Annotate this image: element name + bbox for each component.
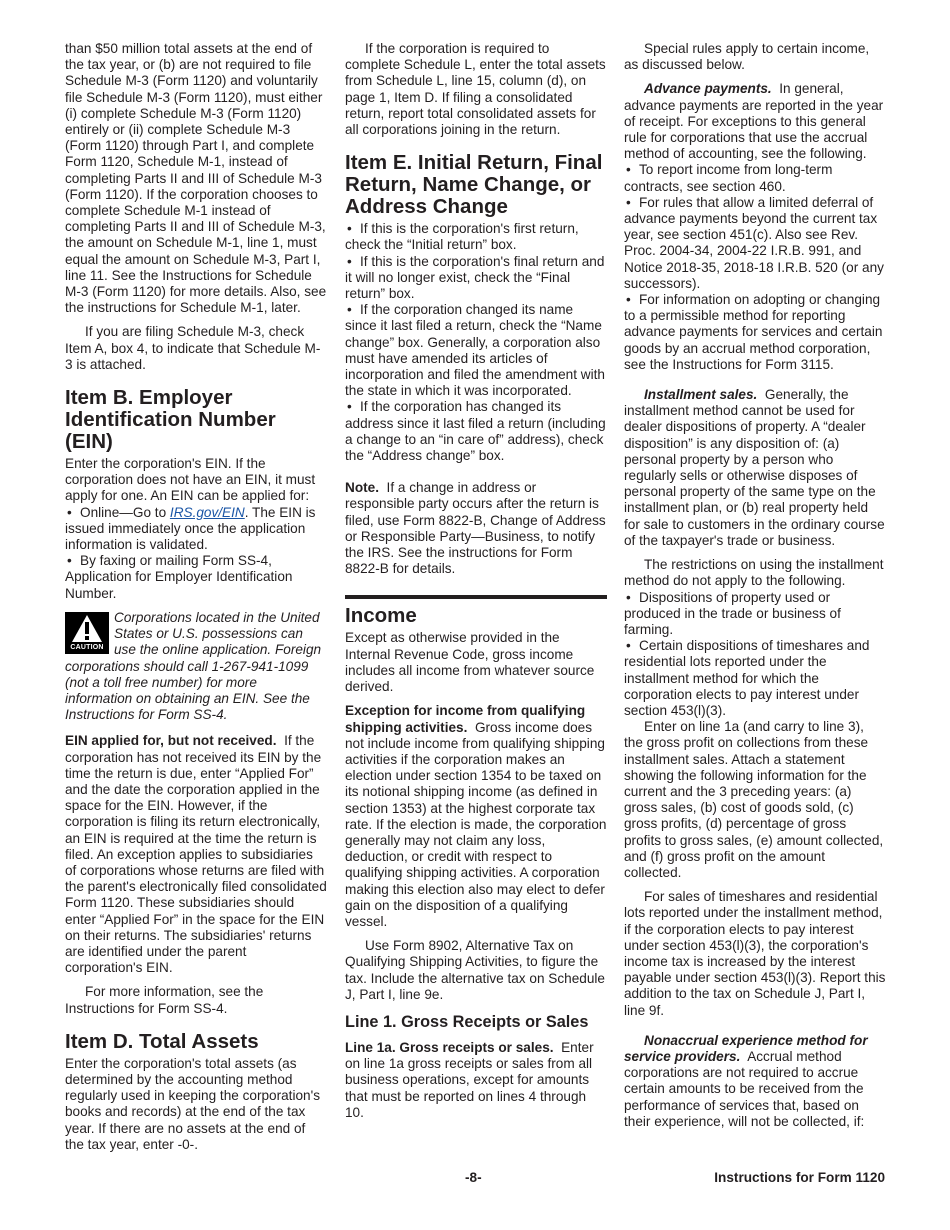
heading-line-1: Line 1. Gross Receipts or Sales [345, 1013, 607, 1032]
paragraph-advance-payments: Advance payments. In general, advance pa… [624, 81, 886, 162]
income-intro: Except as otherwise provided in the Inte… [345, 630, 607, 695]
bullet-limited-deferral: For rules that allow a limited deferral … [624, 195, 886, 292]
paragraph-note: Note. If a change in address or responsi… [345, 480, 607, 577]
paragraph-line-1a: Line 1a. Gross receipts or sales. Enter … [345, 1040, 607, 1121]
bullet-final-return: If this is the corporation's final retur… [345, 254, 607, 303]
bullet-initial-return: If this is the corporation's first retur… [345, 221, 607, 253]
column-1: than $50 million total assets at the end… [65, 41, 327, 1161]
bullet-address-change: If the corporation has changed its addre… [345, 399, 607, 464]
footer-title: Instructions for Form 1120 [714, 1170, 885, 1185]
paragraph-installment-sales: Installment sales. Generally, the instal… [624, 387, 886, 549]
paragraph-nonaccrual: Nonaccrual experience method for service… [624, 1033, 886, 1130]
paragraph-more-info: For more information, see the Instructio… [65, 984, 327, 1016]
bullet-fax-mail: By faxing or mailing Form SS-4, Applicat… [65, 553, 327, 602]
paragraph-schedule-m3: than $50 million total assets at the end… [65, 41, 327, 316]
heading-income: Income [345, 605, 607, 627]
heading-item-b: Item B. Employer Identification Number (… [65, 387, 327, 453]
paragraph-special-rules: Special rules apply to certain income, a… [624, 41, 886, 73]
paragraph-form-8902: Use Form 8902, Alternative Tax on Qualif… [345, 938, 607, 1003]
heading-item-d: Item D. Total Assets [65, 1031, 327, 1053]
page-number: -8- [465, 1170, 482, 1185]
paragraph-enter-line-1a: Enter on line 1a (and carry to line 3), … [624, 719, 886, 881]
bullet-name-change: If the corporation changed its name sinc… [345, 302, 607, 399]
column-3: Special rules apply to certain income, a… [624, 41, 886, 1138]
bullet-long-term-contracts: To report income from long-term contract… [624, 162, 886, 194]
paragraph-ein-applied: EIN applied for, but not received. If th… [65, 733, 327, 976]
paragraph-restrictions: The restrictions on using the installmen… [624, 557, 886, 589]
heading-item-e: Item E. Initial Return, Final Return, Na… [345, 152, 607, 218]
caution-note: CAUTION Corporations located in the Unit… [65, 610, 327, 723]
item-b-intro: Enter the corporation's EIN. If the corp… [65, 456, 327, 505]
caution-label: CAUTION [65, 644, 109, 652]
caution-icon: CAUTION [65, 612, 109, 654]
paragraph-item-a-box4: If you are filing Schedule M-3, check It… [65, 324, 327, 373]
irs-ein-link[interactable]: IRS.gov/EIN [170, 505, 245, 520]
paragraph-timeshare-interest: For sales of timeshares and residential … [624, 889, 886, 1019]
bullet-farming: Dispositions of property used or produce… [624, 590, 886, 639]
bullet-online: Online—Go to IRS.gov/EIN. The EIN is iss… [65, 505, 327, 554]
item-d-body: Enter the corporation's total assets (as… [65, 1056, 327, 1153]
paragraph-schedule-l: If the corporation is required to comple… [345, 41, 607, 138]
bullet-timeshares: Certain dispositions of timeshares and r… [624, 638, 886, 719]
section-divider [345, 595, 607, 599]
bullet-form-3115: For information on adopting or changing … [624, 292, 886, 373]
paragraph-shipping-exception: Exception for income from qualifying shi… [345, 703, 607, 930]
column-2: If the corporation is required to comple… [345, 41, 607, 1129]
